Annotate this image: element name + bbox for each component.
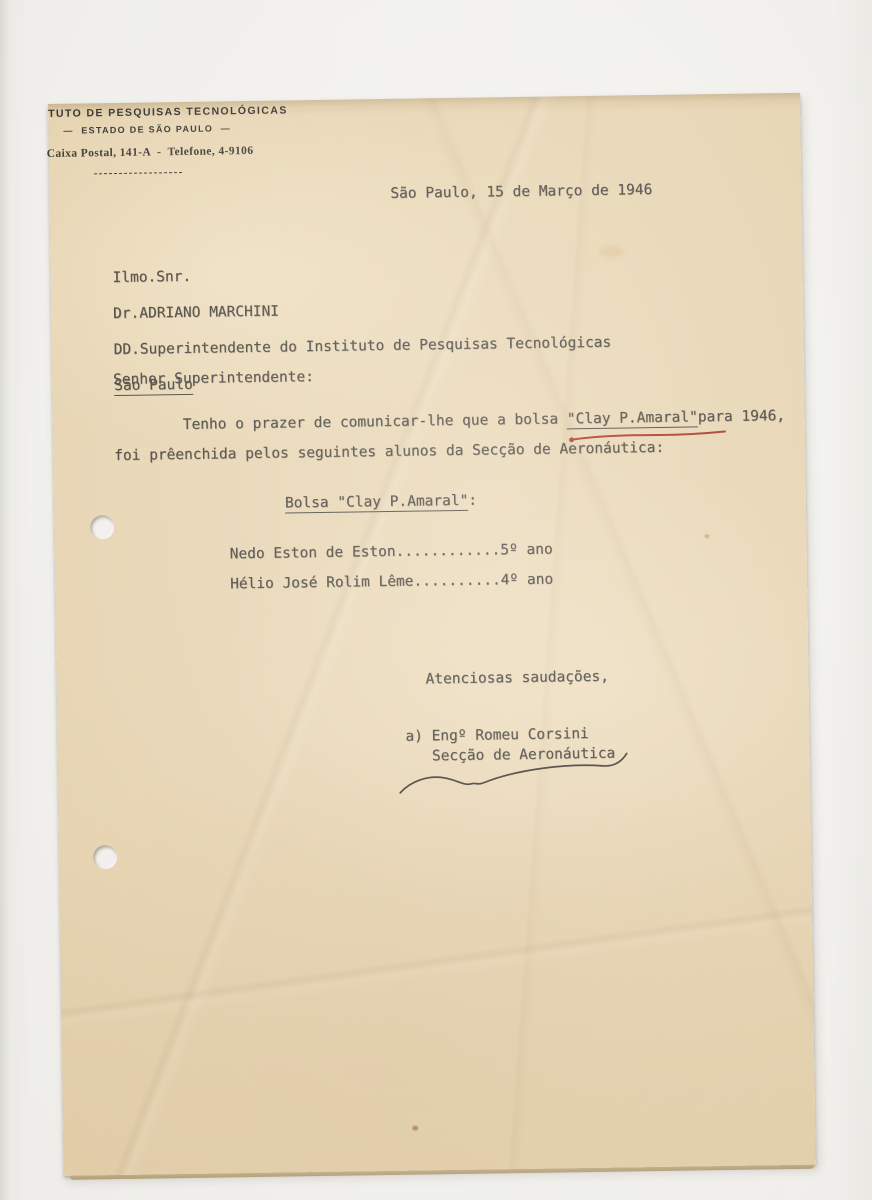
punch-hole-bottom	[93, 845, 117, 869]
letter-page: TUTO DE PESQUISAS TECNOLÓGICAS — ESTADO …	[48, 93, 816, 1176]
recipient-name: Dr.ADRIANO MARCHINI	[113, 304, 279, 322]
student-line-2: Hélio José Rolim Lême..........4º ano	[230, 571, 553, 594]
recipient-title: DD.Superintendente do Instituto de Pesqu…	[114, 335, 612, 358]
dateline: São Paulo, 15 de Março de 1946	[390, 181, 652, 203]
scholarship-heading-text: Bolsa "Clay P.Amaral"	[285, 493, 469, 514]
student-line-1: Nedo Eston de Eston............5º ano	[230, 541, 553, 564]
paper-stain	[704, 534, 709, 538]
letterhead-institute-name: TUTO DE PESQUISAS TECNOLÓGICAS	[48, 104, 288, 120]
salutation: Senhor Superintendente:	[113, 368, 314, 389]
body-text-after: para 1946,	[698, 408, 786, 425]
red-ink-underline	[567, 428, 729, 444]
letterhead-state-line: — ESTADO DE SÃO PAULO —	[63, 123, 231, 135]
letterhead-divider	[94, 172, 182, 174]
paper-stain	[598, 245, 624, 257]
paper-creases	[48, 93, 816, 1176]
scanner-background: TUTO DE PESQUISAS TECNOLÓGICAS — ESTADO …	[0, 0, 872, 1200]
punch-hole-top	[90, 515, 114, 539]
letterhead-contact-line: Caixa Postal, 141-A - Telefone, 4-9106	[47, 145, 254, 160]
scholarship-name-inline: "Clay P.Amaral"	[567, 409, 698, 429]
scholarship-heading: Bolsa "Clay P.Amaral":	[285, 492, 477, 513]
closing-salutation: Atenciosas saudações,	[425, 668, 609, 689]
signature-flourish	[396, 749, 639, 803]
body-text-before: Tenho o prazer de comunicar-lhe que a bo…	[183, 411, 567, 433]
paper-stain	[412, 1126, 418, 1131]
recipient-honorific: Ilmo.Snr.	[112, 269, 191, 286]
scholarship-heading-colon: :	[468, 493, 477, 509]
